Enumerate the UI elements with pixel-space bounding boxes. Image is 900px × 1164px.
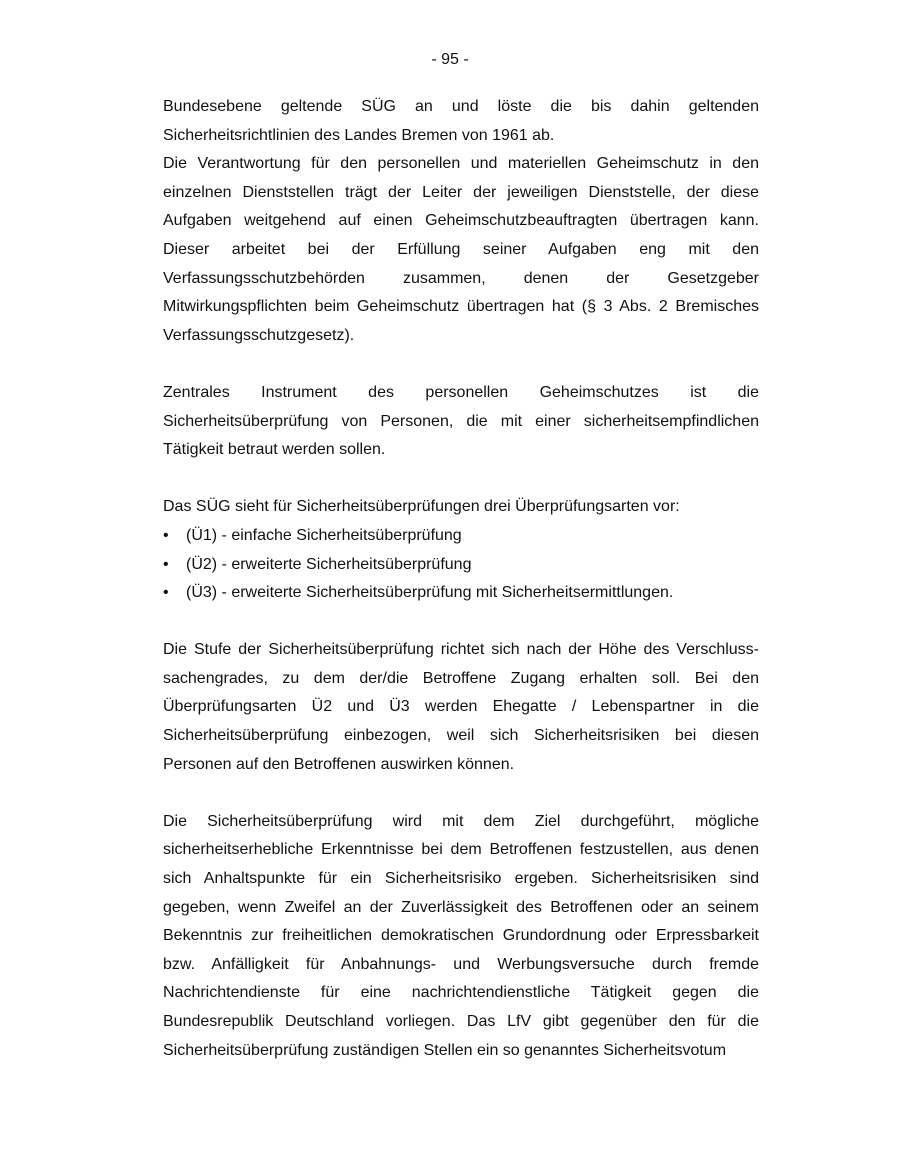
bullet-icon: • <box>163 579 169 608</box>
list-item-text: (Ü3) - erweiterte Sicherheitsüberprüfung… <box>186 584 673 601</box>
list-item-text: (Ü2) - erweiterte Sicherheitsüberprüfung <box>186 556 471 573</box>
list-item-text: (Ü1) - einfache Sicherheitsüberprüfung <box>186 527 462 544</box>
list-item: • (Ü1) - einfache Sicherheitsüberprüfung <box>163 522 759 551</box>
list-item: • (Ü2) - erweiterte Sicherheitsüberprüfu… <box>163 551 759 580</box>
paragraph-responsibility: Die Verantwortung für den personellen un… <box>163 150 759 350</box>
paragraph-central-instrument: Zentrales Instrument des personellen Geh… <box>163 379 759 465</box>
document-body: Bundesebene geltende SÜG an und löste di… <box>163 93 759 1065</box>
paragraph-gap <box>163 608 759 637</box>
page-number: - 95 - <box>0 50 900 70</box>
paragraph-gap <box>163 350 759 379</box>
paragraph-check-purpose: Die Sicherheitsüberprüfung wird mit dem … <box>163 808 759 1065</box>
paragraph-sueg-adoption: Bundesebene geltende SÜG an und löste di… <box>163 93 759 150</box>
list-item: • (Ü3) - erweiterte Sicherheitsüberprüfu… <box>163 579 759 608</box>
paragraph-gap <box>163 779 759 808</box>
paragraph-gap <box>163 465 759 494</box>
bullet-icon: • <box>163 551 169 580</box>
bullet-icon: • <box>163 522 169 551</box>
paragraph-check-types-intro: Das SÜG sieht für Sicherheitsüberprüfung… <box>163 493 759 522</box>
paragraph-check-level: Die Stufe der Sicherheitsüberprüfung ric… <box>163 636 759 779</box>
check-types-list: • (Ü1) - einfache Sicherheitsüberprüfung… <box>163 522 759 608</box>
